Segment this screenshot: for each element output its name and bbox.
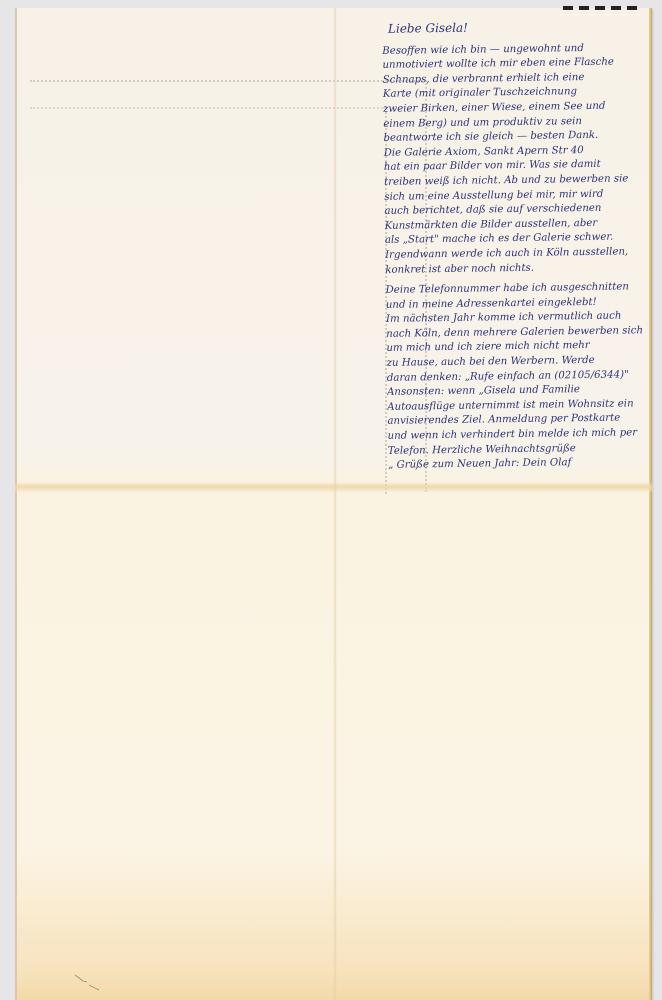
pencil-mark-icon [73,973,103,993]
sheet-right-edge [649,8,652,1000]
handwritten-letter: Liebe Gisela! Besoffen wie ich bin — ung… [382,18,650,473]
faded-frame-stain [30,80,427,492]
paragraph-2: Deine Telefonnummer habe ich ausgeschnit… [386,280,651,473]
paragraph-1: Besoffen wie ich bin — ungewohnt und unm… [382,41,647,278]
top-edge-marks [563,6,643,10]
sheet-left-edge [15,8,17,1000]
salutation: Liebe Gisela! [388,18,644,36]
vertical-fold-line [333,8,337,1000]
